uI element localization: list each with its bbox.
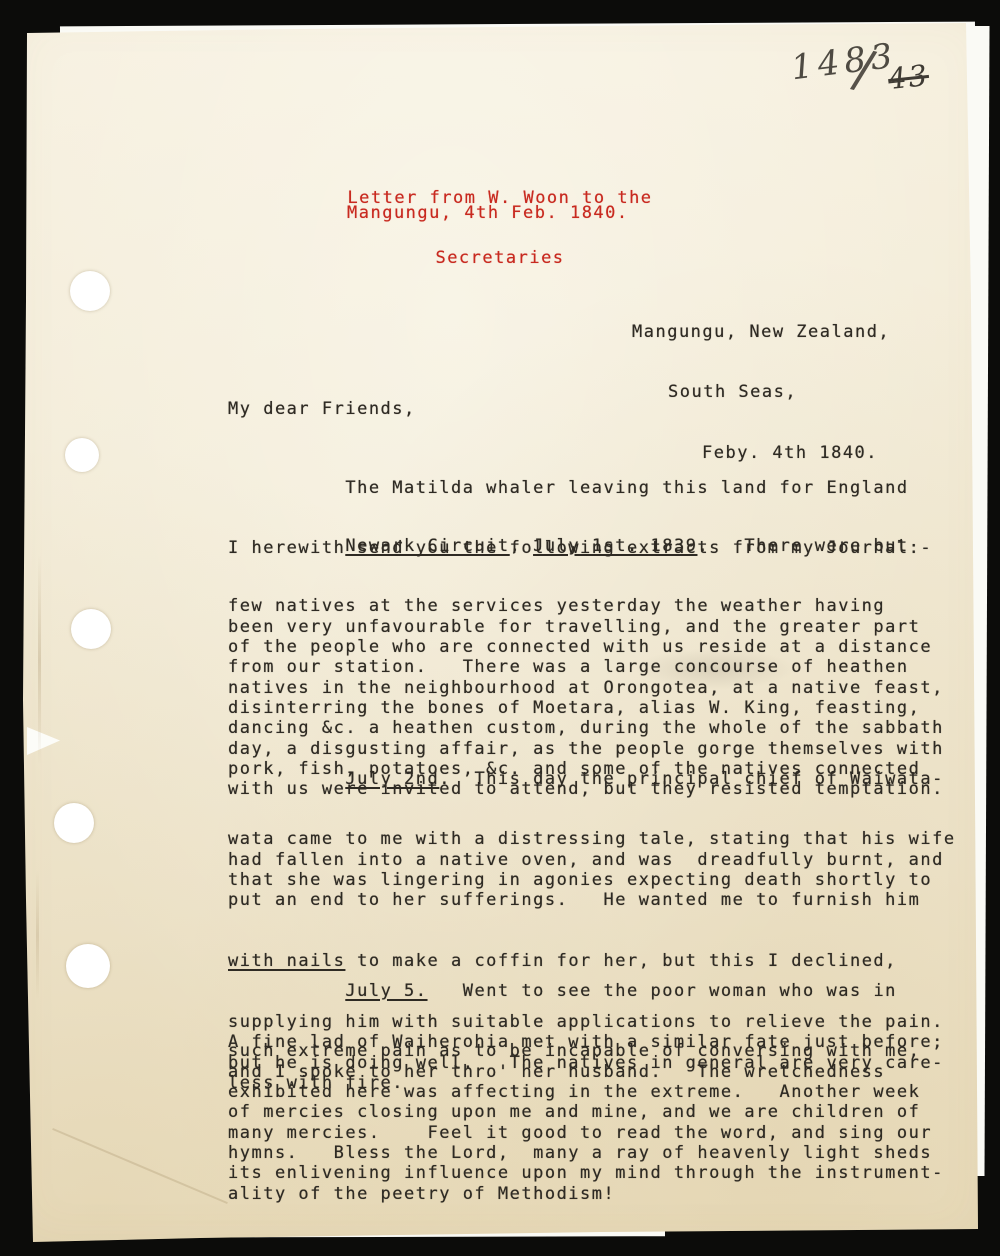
letter-title: Letter from W. Woon to the Secretaries [347, 147, 653, 309]
punch-hole [54, 803, 94, 843]
letter-title-line-2: Secretaries [347, 248, 653, 268]
salutation: My dear Friends, [228, 399, 416, 419]
entry1-heading-circuit: Newark Circuit [345, 536, 509, 556]
archive-number-crossed-out: 43 [886, 58, 930, 96]
entry3-heading-line: July 5. Went to see the poor woman who w… [228, 981, 944, 1001]
scan-background: 1483 / 43 Letter from W. Woon to the Sec… [0, 0, 1000, 1256]
punch-hole [70, 271, 110, 311]
entry2-heading-date: July 2nd [345, 769, 439, 789]
paper-crease [36, 870, 39, 1000]
entry1-heading-date: July 1st. 1839 [533, 536, 697, 556]
address-line-2: South Seas, [668, 382, 890, 402]
paper-crease [38, 555, 41, 765]
punch-hole [66, 944, 110, 988]
entry3-heading-date: July 5. [345, 981, 427, 1001]
address-line-1: Mangungu, New Zealand, [632, 322, 890, 342]
entry1-heading-line: Newark Circuit, July 1st. 1839. There we… [228, 536, 944, 556]
journal-entry-3: July 5. Went to see the poor woman who w… [228, 940, 944, 1244]
letter-title-dateline: Mangungu, 4th Feb. 1840. [347, 203, 629, 223]
punch-hole [71, 609, 111, 649]
punch-hole [65, 438, 99, 472]
entry3-body: such extreme pain as to be incapable of … [228, 1041, 944, 1203]
entry2-heading-line: July 2nd. This day the principal chief o… [228, 769, 956, 789]
entry2-body-a: wata came to me with a distressing tale,… [228, 829, 956, 910]
